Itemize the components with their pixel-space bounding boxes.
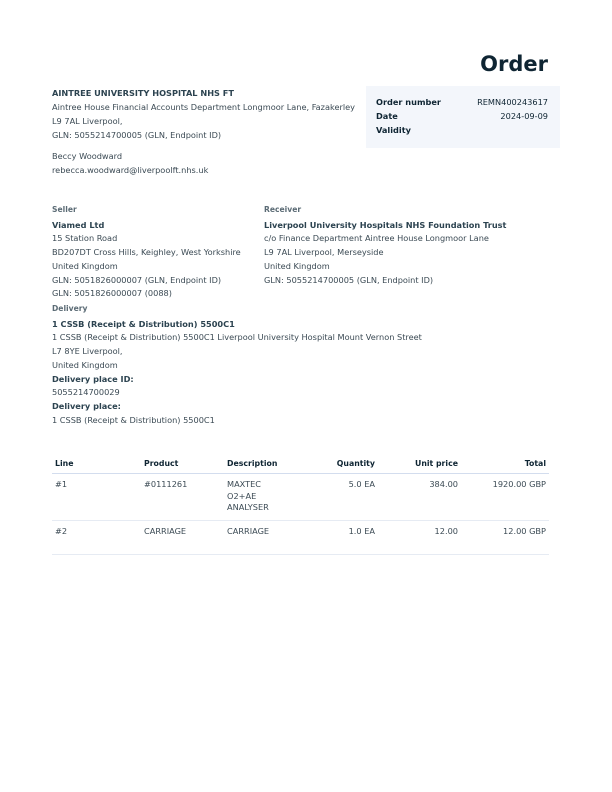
cell-description: CARRIAGE <box>224 520 304 555</box>
order-number-label: Order number <box>376 97 441 111</box>
description-line: CARRIAGE <box>227 526 301 538</box>
seller-line: BD207DT Cross Hills, Keighley, West York… <box>52 246 241 260</box>
receiver-line: GLN: 5055214700005 (GLN, Endpoint ID) <box>264 274 506 288</box>
contact-name: Beccy Woodward <box>52 149 208 163</box>
delivery-line: L7 8YE Liverpool, <box>52 345 422 359</box>
date-value: 2024-09-09 <box>500 111 548 125</box>
cell-quantity: 5.0 EA <box>304 474 378 521</box>
cell-product: CARRIAGE <box>141 520 224 555</box>
date-row: Date 2024-09-09 <box>376 111 548 125</box>
receiver-line: c/o Finance Department Aintree House Lon… <box>264 232 506 246</box>
seller-line: GLN: 5051826000007 (0088) <box>52 287 241 301</box>
order-lines-table: Line Product Description Quantity Unit p… <box>52 456 549 555</box>
date-label: Date <box>376 111 398 125</box>
validity-row: Validity <box>376 125 548 139</box>
delivery-header: Delivery <box>52 302 422 316</box>
delivery-name: 1 CSSB (Receipt & Distribution) 5500C1 <box>52 318 422 332</box>
col-product: Product <box>141 456 224 474</box>
receiver-block: Receiver Liverpool University Hospitals … <box>264 203 506 287</box>
description-line: ANALYSER <box>227 502 301 514</box>
col-total: Total <box>461 456 549 474</box>
receiver-line: L9 7AL Liverpool, Merseyside <box>264 246 506 260</box>
delivery-place-label: Delivery place: <box>52 400 422 414</box>
cell-unit-price: 384.00 <box>378 474 461 521</box>
delivery-place: 1 CSSB (Receipt & Distribution) 5500C1 <box>52 414 422 428</box>
col-quantity: Quantity <box>304 456 378 474</box>
col-line: Line <box>52 456 141 474</box>
seller-header: Seller <box>52 203 241 217</box>
receiver-header: Receiver <box>264 203 506 217</box>
delivery-line: 1 CSSB (Receipt & Distribution) 5500C1 L… <box>52 331 422 345</box>
seller-line: United Kingdom <box>52 260 241 274</box>
table-row: #1 #0111261 MAXTEC O2+AE ANALYSER 5.0 EA… <box>52 474 549 521</box>
col-unit-price: Unit price <box>378 456 461 474</box>
delivery-place-id: 5055214700029 <box>52 386 422 400</box>
order-number-value: REMN400243617 <box>477 97 548 111</box>
seller-line: 15 Station Road <box>52 232 241 246</box>
buyer-address-line2: L9 7AL Liverpool, <box>52 114 355 128</box>
buyer-block: AINTREE UNIVERSITY HOSPITAL NHS FT Aintr… <box>52 86 355 142</box>
description-line: MAXTEC <box>227 479 301 491</box>
cell-line: #2 <box>52 520 141 555</box>
description-line: O2+AE <box>227 491 301 503</box>
buyer-contact: Beccy Woodward rebecca.woodward@liverpoo… <box>52 149 208 177</box>
cell-line: #1 <box>52 474 141 521</box>
buyer-gln: GLN: 5055214700005 (GLN, Endpoint ID) <box>52 128 355 142</box>
buyer-name: AINTREE UNIVERSITY HOSPITAL NHS FT <box>52 86 355 100</box>
table-header-row: Line Product Description Quantity Unit p… <box>52 456 549 474</box>
seller-line: GLN: 5051826000007 (GLN, Endpoint ID) <box>52 274 241 288</box>
col-description: Description <box>224 456 304 474</box>
delivery-block: Delivery 1 CSSB (Receipt & Distribution)… <box>52 302 422 427</box>
cell-total: 1920.00 GBP <box>461 474 549 521</box>
seller-block: Seller Viamed Ltd 15 Station Road BD207D… <box>52 203 241 301</box>
buyer-address-line1: Aintree House Financial Accounts Departm… <box>52 100 355 114</box>
seller-name: Viamed Ltd <box>52 219 241 233</box>
table-row: #2 CARRIAGE CARRIAGE 1.0 EA 12.00 12.00 … <box>52 520 549 555</box>
cell-quantity: 1.0 EA <box>304 520 378 555</box>
cell-description: MAXTEC O2+AE ANALYSER <box>224 474 304 521</box>
cell-total: 12.00 GBP <box>461 520 549 555</box>
cell-product: #0111261 <box>141 474 224 521</box>
receiver-name: Liverpool University Hospitals NHS Found… <box>264 219 506 233</box>
document-title: Order <box>480 52 548 76</box>
receiver-line: United Kingdom <box>264 260 506 274</box>
delivery-line: United Kingdom <box>52 359 422 373</box>
order-info-box: Order number REMN400243617 Date 2024-09-… <box>366 86 560 148</box>
order-number-row: Order number REMN400243617 <box>376 97 548 111</box>
cell-unit-price: 12.00 <box>378 520 461 555</box>
validity-label: Validity <box>376 125 411 139</box>
delivery-place-id-label: Delivery place ID: <box>52 373 422 387</box>
contact-email: rebecca.woodward@liverpoolft.nhs.uk <box>52 163 208 177</box>
